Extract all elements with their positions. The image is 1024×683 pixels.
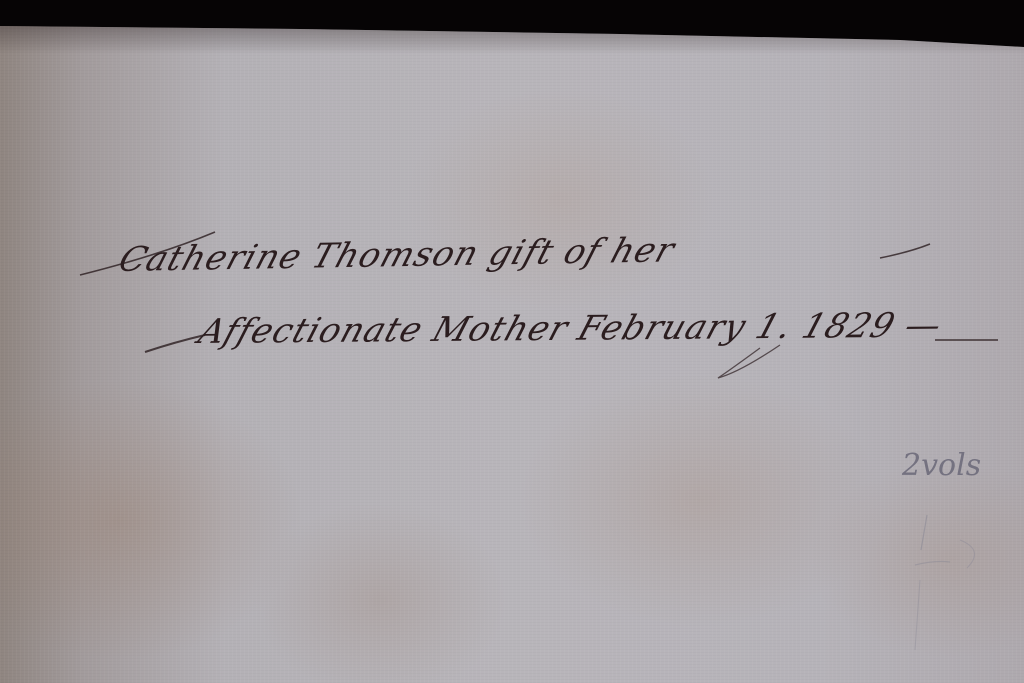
inscription-line-2: Affectionate Mother February 1. 1829 —	[194, 306, 948, 352]
pencil-note: 2vols	[902, 448, 981, 483]
